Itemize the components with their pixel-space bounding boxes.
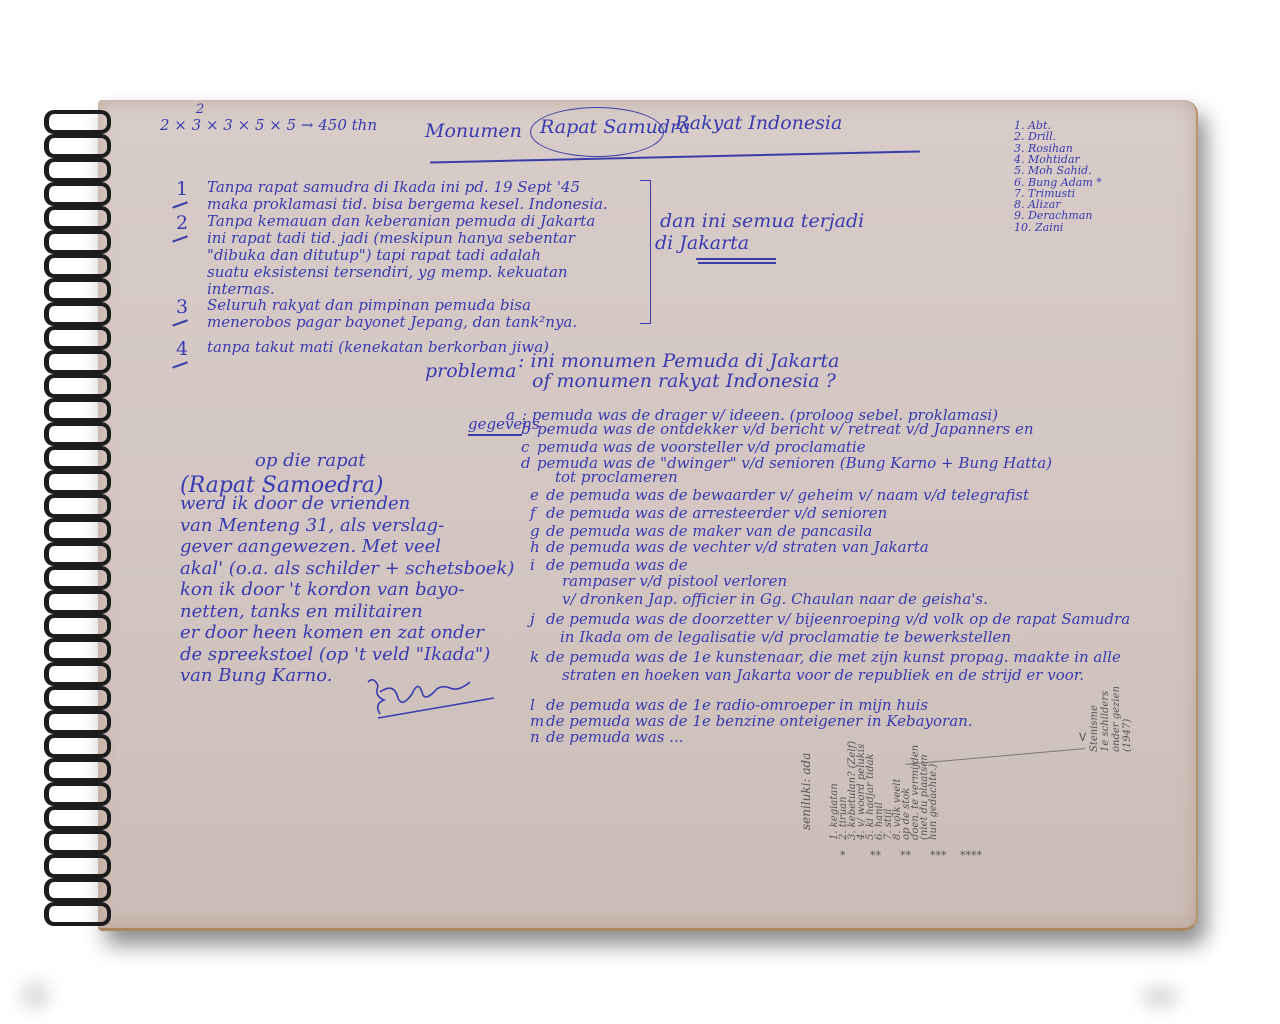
bracket xyxy=(640,180,651,324)
spiral-ring xyxy=(44,662,111,686)
spiral-ring xyxy=(44,590,111,614)
shadow-blob xyxy=(20,980,50,1010)
spiral-ring xyxy=(44,110,111,134)
point-line: suatu eksistensi tersendiri, yg memp. ke… xyxy=(207,265,568,281)
point-line: "dibuka dan ditutup") tapi rapat tadi ad… xyxy=(207,248,541,264)
spiral-ring xyxy=(44,422,111,446)
spiral-ring xyxy=(44,398,111,422)
spiral-ring xyxy=(44,542,111,566)
spiral-ring xyxy=(44,254,111,278)
jakarta-underline xyxy=(696,258,776,260)
gegevens-line: pemuda was de ontdekker v/d bericht v/ r… xyxy=(537,422,1034,438)
signature xyxy=(360,672,500,722)
gegevens-line: de pemuda was de 1e kunstenaar, die met … xyxy=(546,650,1121,666)
gegevens-line: in Ikada om de legalisatie v/d proclamat… xyxy=(560,630,1011,646)
spiral-ring xyxy=(44,710,111,734)
arrow-target-line: 1e schilders xyxy=(1101,691,1112,752)
point-number: 4 xyxy=(176,340,188,360)
spiral-ring xyxy=(44,878,111,902)
pencil-line: hun gedachte.) xyxy=(929,764,940,840)
gegevens-line: v/ dronken Jap. officier in Gg. Chaulan … xyxy=(562,592,988,608)
gegevens-line: de pemuda was de vechter v/d straten van… xyxy=(546,540,929,556)
spiral-ring xyxy=(44,614,111,638)
problema-line1: : ini monumen Pemuda di Jakarta xyxy=(518,352,839,372)
gegevens-letter: k xyxy=(530,650,539,666)
point-line: menerobos pagar bayonet Jepang, dan tank… xyxy=(207,315,577,331)
problema-label: problema xyxy=(425,362,517,382)
spiral-ring xyxy=(44,902,111,926)
spiral-ring xyxy=(44,182,111,206)
spiral-ring xyxy=(44,686,111,710)
left-note-line: werd ik door de vrienden xyxy=(180,495,410,514)
point-line: ini rapat tadi tid. jadi (meskipun hanya… xyxy=(207,231,575,247)
bracket-note-line2: di Jakarta xyxy=(655,234,749,254)
left-note-line: gever aangewezen. Met veel xyxy=(180,538,441,557)
gegevens-letter: j xyxy=(530,612,535,628)
spiral-binding xyxy=(32,110,102,940)
left-note-line: van Bung Karno. xyxy=(180,667,333,686)
gegevens-line: de pemuda was de bewaarder v/ geheim v/ … xyxy=(546,488,1029,504)
spiral-ring xyxy=(44,278,111,302)
spiral-ring xyxy=(44,758,111,782)
spiral-ring xyxy=(44,302,111,326)
spiral-ring xyxy=(44,158,111,182)
bracket-note-line1: dan ini semua terjadi xyxy=(660,212,864,232)
point-number: 1 xyxy=(176,180,188,200)
left-note-line: akal' (o.a. als schilder + schetsboek) xyxy=(180,560,514,579)
spiral-ring xyxy=(44,374,111,398)
title-circled: Rapat Samudra xyxy=(540,118,690,138)
spiral-ring xyxy=(44,806,111,830)
pencil-asterisks: **** xyxy=(960,850,982,862)
arrow-target-line: (1947) xyxy=(1123,719,1134,752)
gegevens-letter: e xyxy=(530,488,539,504)
pencil-asterisks: *** xyxy=(930,850,947,862)
gegevens-line: de pemuda was de arresteerder v/d senior… xyxy=(546,506,887,522)
pencil-asterisks: ** xyxy=(900,850,911,862)
gegevens-letter: f xyxy=(530,506,536,522)
point-line: Seluruh rakyat dan pimpinan pemuda bisa xyxy=(207,298,531,314)
spiral-ring xyxy=(44,134,111,158)
gegevens-line: rampaser v/d pistool verloren xyxy=(562,574,787,590)
pencil-heading: seniluki: ada xyxy=(800,753,813,830)
gegevens-line: de pemuda was de doorzetter v/ bijeenroe… xyxy=(546,612,1130,628)
spiral-ring xyxy=(44,470,111,494)
problema-line2: of monumen rakyat Indonesia ? xyxy=(532,372,836,392)
pencil-asterisks: * xyxy=(840,850,846,862)
gegevens-letter: b xyxy=(521,422,531,438)
left-note-line: op die rapat xyxy=(255,452,366,471)
point-line: maka proklamasi tid. bisa bergema kesel.… xyxy=(207,197,608,213)
spiral-ring xyxy=(44,350,111,374)
pencil-asterisks: ** xyxy=(870,850,881,862)
left-note-line: van Menteng 31, als verslag- xyxy=(180,517,444,536)
title-suffix: Rakyat Indonesia xyxy=(675,114,842,134)
spiral-ring xyxy=(44,446,111,470)
gegevens-letter: a xyxy=(506,408,515,424)
point-line: Tanpa kemauan dan keberanian pemuda di J… xyxy=(207,214,595,230)
shadow-blob xyxy=(1140,985,1180,1009)
spiral-ring xyxy=(44,782,111,806)
spiral-ring xyxy=(44,638,111,662)
calculation-superscript: 2 xyxy=(196,103,204,117)
point-number: 2 xyxy=(176,214,188,234)
spiral-ring xyxy=(44,734,111,758)
spiral-ring xyxy=(44,206,111,230)
signature-icon xyxy=(360,672,500,722)
left-note-line: netten, tanks en militairen xyxy=(180,603,423,622)
name-item: 10. Zaini xyxy=(1014,222,1063,234)
point-number: 3 xyxy=(176,298,188,318)
calculation: 2 × 3 × 3 × 5 × 5 → 450 thn xyxy=(160,118,377,134)
gegevens-line: tot proclameren xyxy=(555,470,678,486)
gegevens-letter: i xyxy=(530,558,535,574)
spiral-ring xyxy=(44,494,111,518)
left-note-line: de spreekstoel (op 't veld "Ikada") xyxy=(180,646,490,665)
arrow-head: > xyxy=(1075,731,1089,742)
spiral-ring xyxy=(44,230,111,254)
jakarta-underline-2 xyxy=(698,262,776,264)
gegevens-letter: h xyxy=(530,540,540,556)
title-prefix: Monumen xyxy=(425,122,522,142)
gegevens-letter: n xyxy=(530,730,540,746)
arrow-target-line: Stenisme xyxy=(1090,705,1101,752)
point-line: tanpa takut mati (kenekatan berkorban ji… xyxy=(207,340,549,356)
left-note-line: kon ik door 't kordon van bayo- xyxy=(180,581,464,600)
spiral-ring xyxy=(44,854,111,878)
spiral-ring xyxy=(44,830,111,854)
gegevens-line: de pemuda was ... xyxy=(546,730,683,746)
spiral-ring xyxy=(44,326,111,350)
gegevens-letter: d xyxy=(521,456,531,472)
gegevens-line: straten en hoeken van Jakarta voor de re… xyxy=(562,668,1084,684)
point-line: Tanpa rapat samudra di Ikada ini pd. 19 … xyxy=(207,180,580,196)
spiral-ring xyxy=(44,566,111,590)
left-note-line: er door heen komen en zat onder xyxy=(180,624,484,643)
arrow-target-line: onder gezien xyxy=(1112,686,1123,752)
name-item: 5. Moh Sahid. xyxy=(1014,165,1092,177)
gegevens-underline xyxy=(468,434,522,436)
spiral-ring xyxy=(44,518,111,542)
